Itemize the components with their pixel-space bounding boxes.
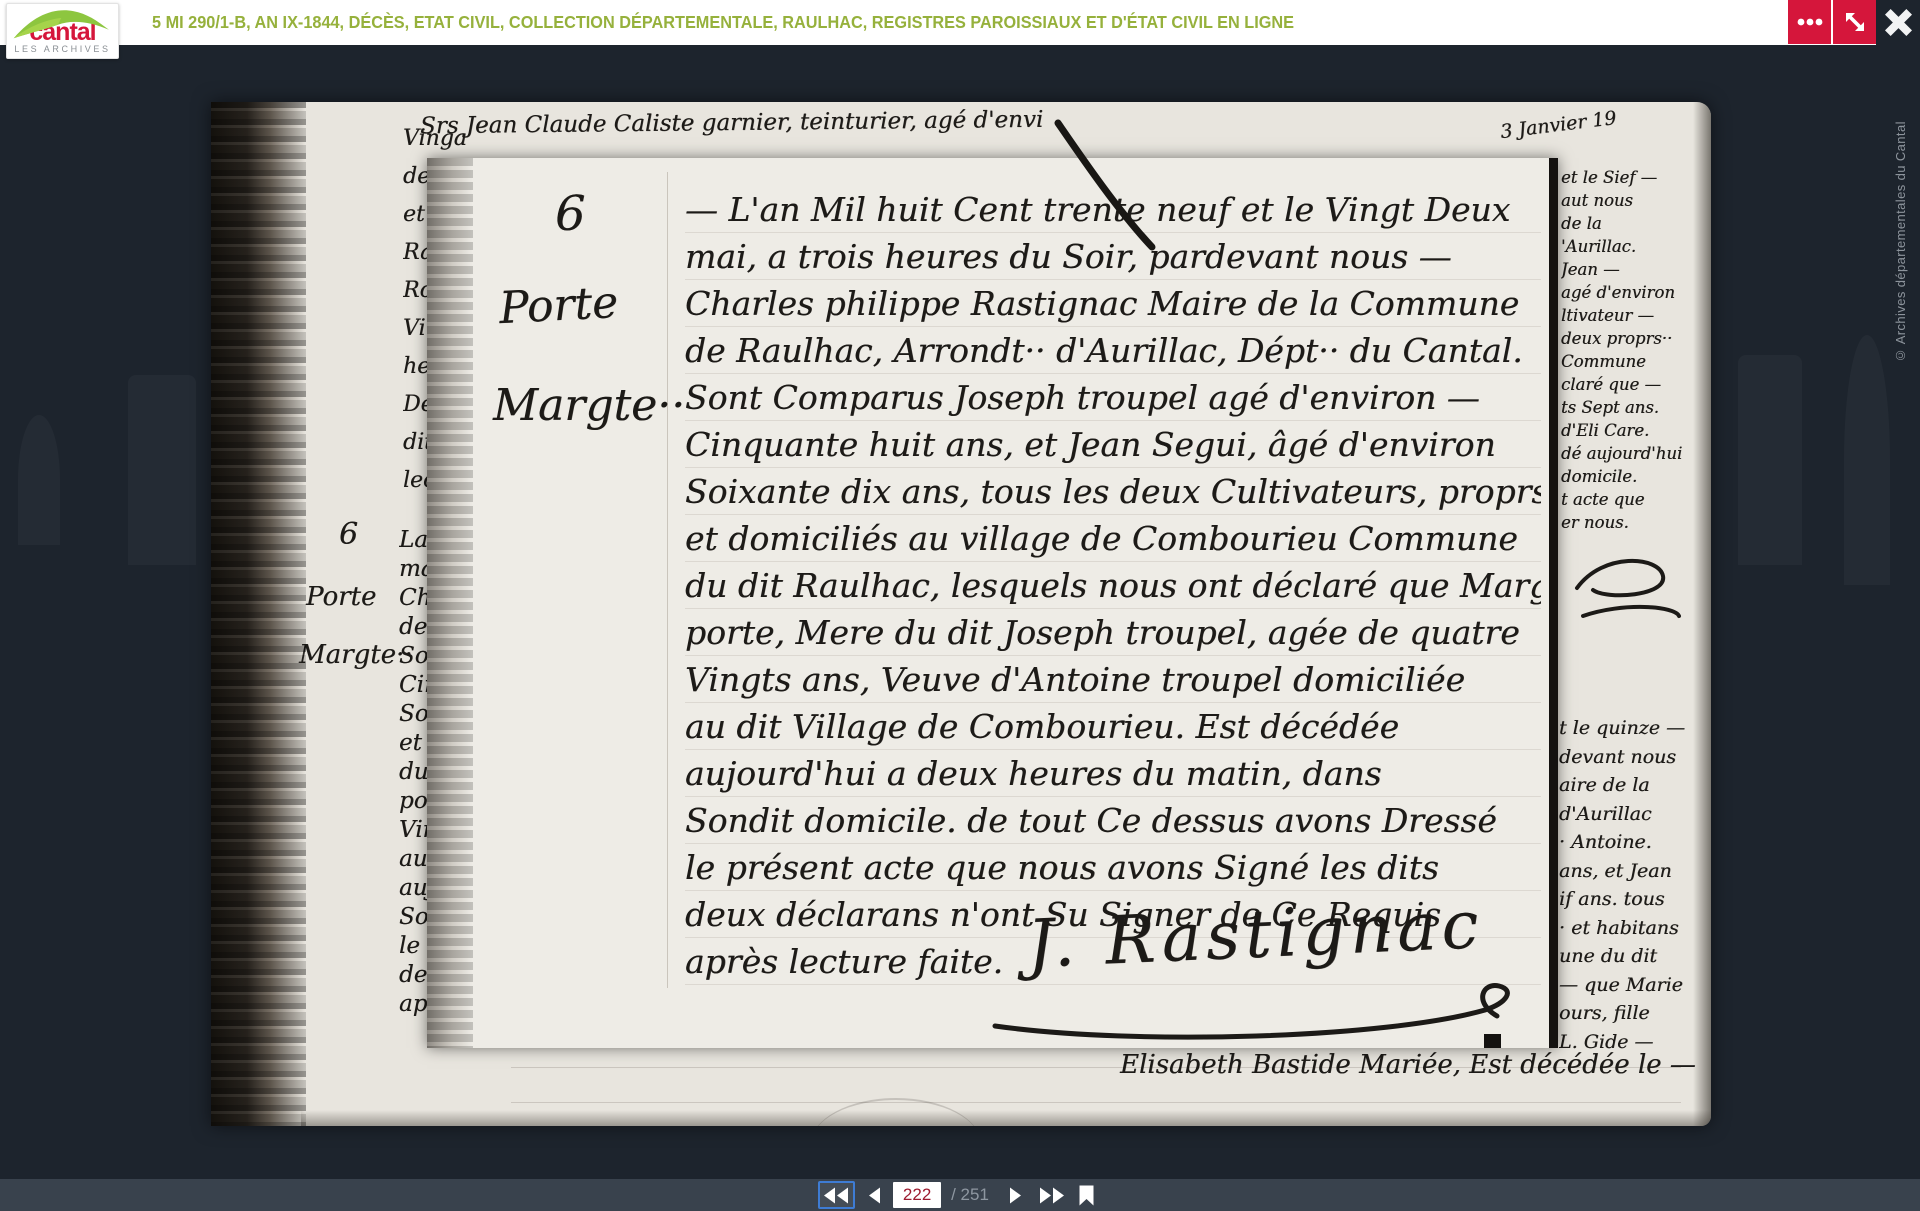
page-number-input[interactable]: [893, 1182, 941, 1208]
close-button[interactable]: [1876, 0, 1920, 45]
scan-top-right-note: 3 Janvier 19: [1499, 107, 1617, 143]
ink-slash-mark: [1040, 115, 1170, 255]
previous-page-button[interactable]: [859, 1181, 889, 1209]
overlay-corner-mark: [1484, 1034, 1501, 1048]
viewer-stage[interactable]: © Archives départementales du Cantal Srs…: [0, 45, 1920, 1179]
ellipsis-icon: [1797, 18, 1823, 26]
background-decoration: [128, 375, 196, 565]
previous-page-icon: [868, 1187, 881, 1204]
page-total-label: / 251: [951, 1185, 989, 1205]
page-right-edge: [1693, 102, 1711, 1126]
background-decoration: [1738, 355, 1802, 565]
cantal-logo[interactable]: cantal LES ARCHIVES: [6, 3, 119, 59]
more-options-button[interactable]: [1788, 0, 1831, 44]
zoom-overlay-image[interactable]: 6 Porte Margte·· — L'an Mil huit Cent tr…: [427, 158, 1558, 1048]
overlay-margin-note-firstname: Margte··: [493, 380, 685, 431]
scan-right-column-flourish: [1563, 550, 1693, 660]
logo-swoosh-icon: [9, 6, 117, 40]
background-decoration: [1844, 335, 1890, 585]
header-bar: 5 MI 290/1-B, AN IX-1844, DÉCÈS, ETAT CI…: [0, 0, 1920, 45]
first-page-icon: [824, 1187, 849, 1204]
scan-right-column-fragments-upper: et le Sief —aut nousde la'Aurillac.Jean …: [1561, 166, 1703, 538]
book-spine-edge: [211, 102, 306, 1126]
scan-margin-note-firstname: Margte··: [299, 640, 413, 670]
scan-margin-note-surname: Porte: [306, 582, 376, 612]
bookmark-button[interactable]: [1072, 1181, 1102, 1209]
logo-subtitle-text: LES ARCHIVES: [14, 44, 110, 54]
signature-flourish: [987, 976, 1527, 1046]
viewer-screen: 5 MI 290/1-B, AN IX-1844, DÉCÈS, ETAT CI…: [0, 0, 1920, 1211]
background-decoration: [18, 415, 60, 545]
scan-ruled-line: [511, 1102, 1681, 1103]
header-actions: [1786, 0, 1876, 44]
overlay-margin-note-number: 6: [555, 186, 586, 242]
page-bottom-edge: [301, 1110, 1711, 1126]
document-title: 5 MI 290/1-B, AN IX-1844, DÉCÈS, ETAT CI…: [152, 0, 1294, 45]
scan-right-column-fragments-lower: t le quinze —devant nousaire de lad'Auri…: [1559, 714, 1705, 1060]
last-page-icon: [1039, 1187, 1064, 1204]
close-corner: [1876, 0, 1920, 45]
overlay-margin-note-surname: Porte: [498, 277, 620, 334]
close-icon: [1885, 9, 1912, 36]
scan-margin-note-number: 6: [339, 517, 358, 552]
death-act-text: — L'an Mil huit Cent trente neuf et le V…: [685, 186, 1541, 985]
scan-bottom-line: Elisabeth Bastide Mariée, Est décédée le…: [1120, 1050, 1696, 1080]
next-page-button[interactable]: [1001, 1181, 1031, 1209]
diagonal-resize-icon: [1843, 10, 1867, 34]
last-page-button[interactable]: [1035, 1181, 1068, 1209]
first-page-button[interactable]: [818, 1181, 855, 1209]
overlay-spine-edge: [427, 158, 473, 1048]
fullscreen-button[interactable]: [1833, 0, 1876, 44]
bookmark-icon: [1079, 1185, 1094, 1206]
scan-top-line: Srs Jean Claude Caliste garnier, teintur…: [420, 107, 1044, 140]
overlay-margin-rule: [667, 172, 668, 988]
next-page-icon: [1009, 1187, 1022, 1204]
pager-bar: / 251: [0, 1179, 1920, 1211]
copyright-vertical-text: © Archives départementales du Cantal: [1893, 73, 1908, 363]
